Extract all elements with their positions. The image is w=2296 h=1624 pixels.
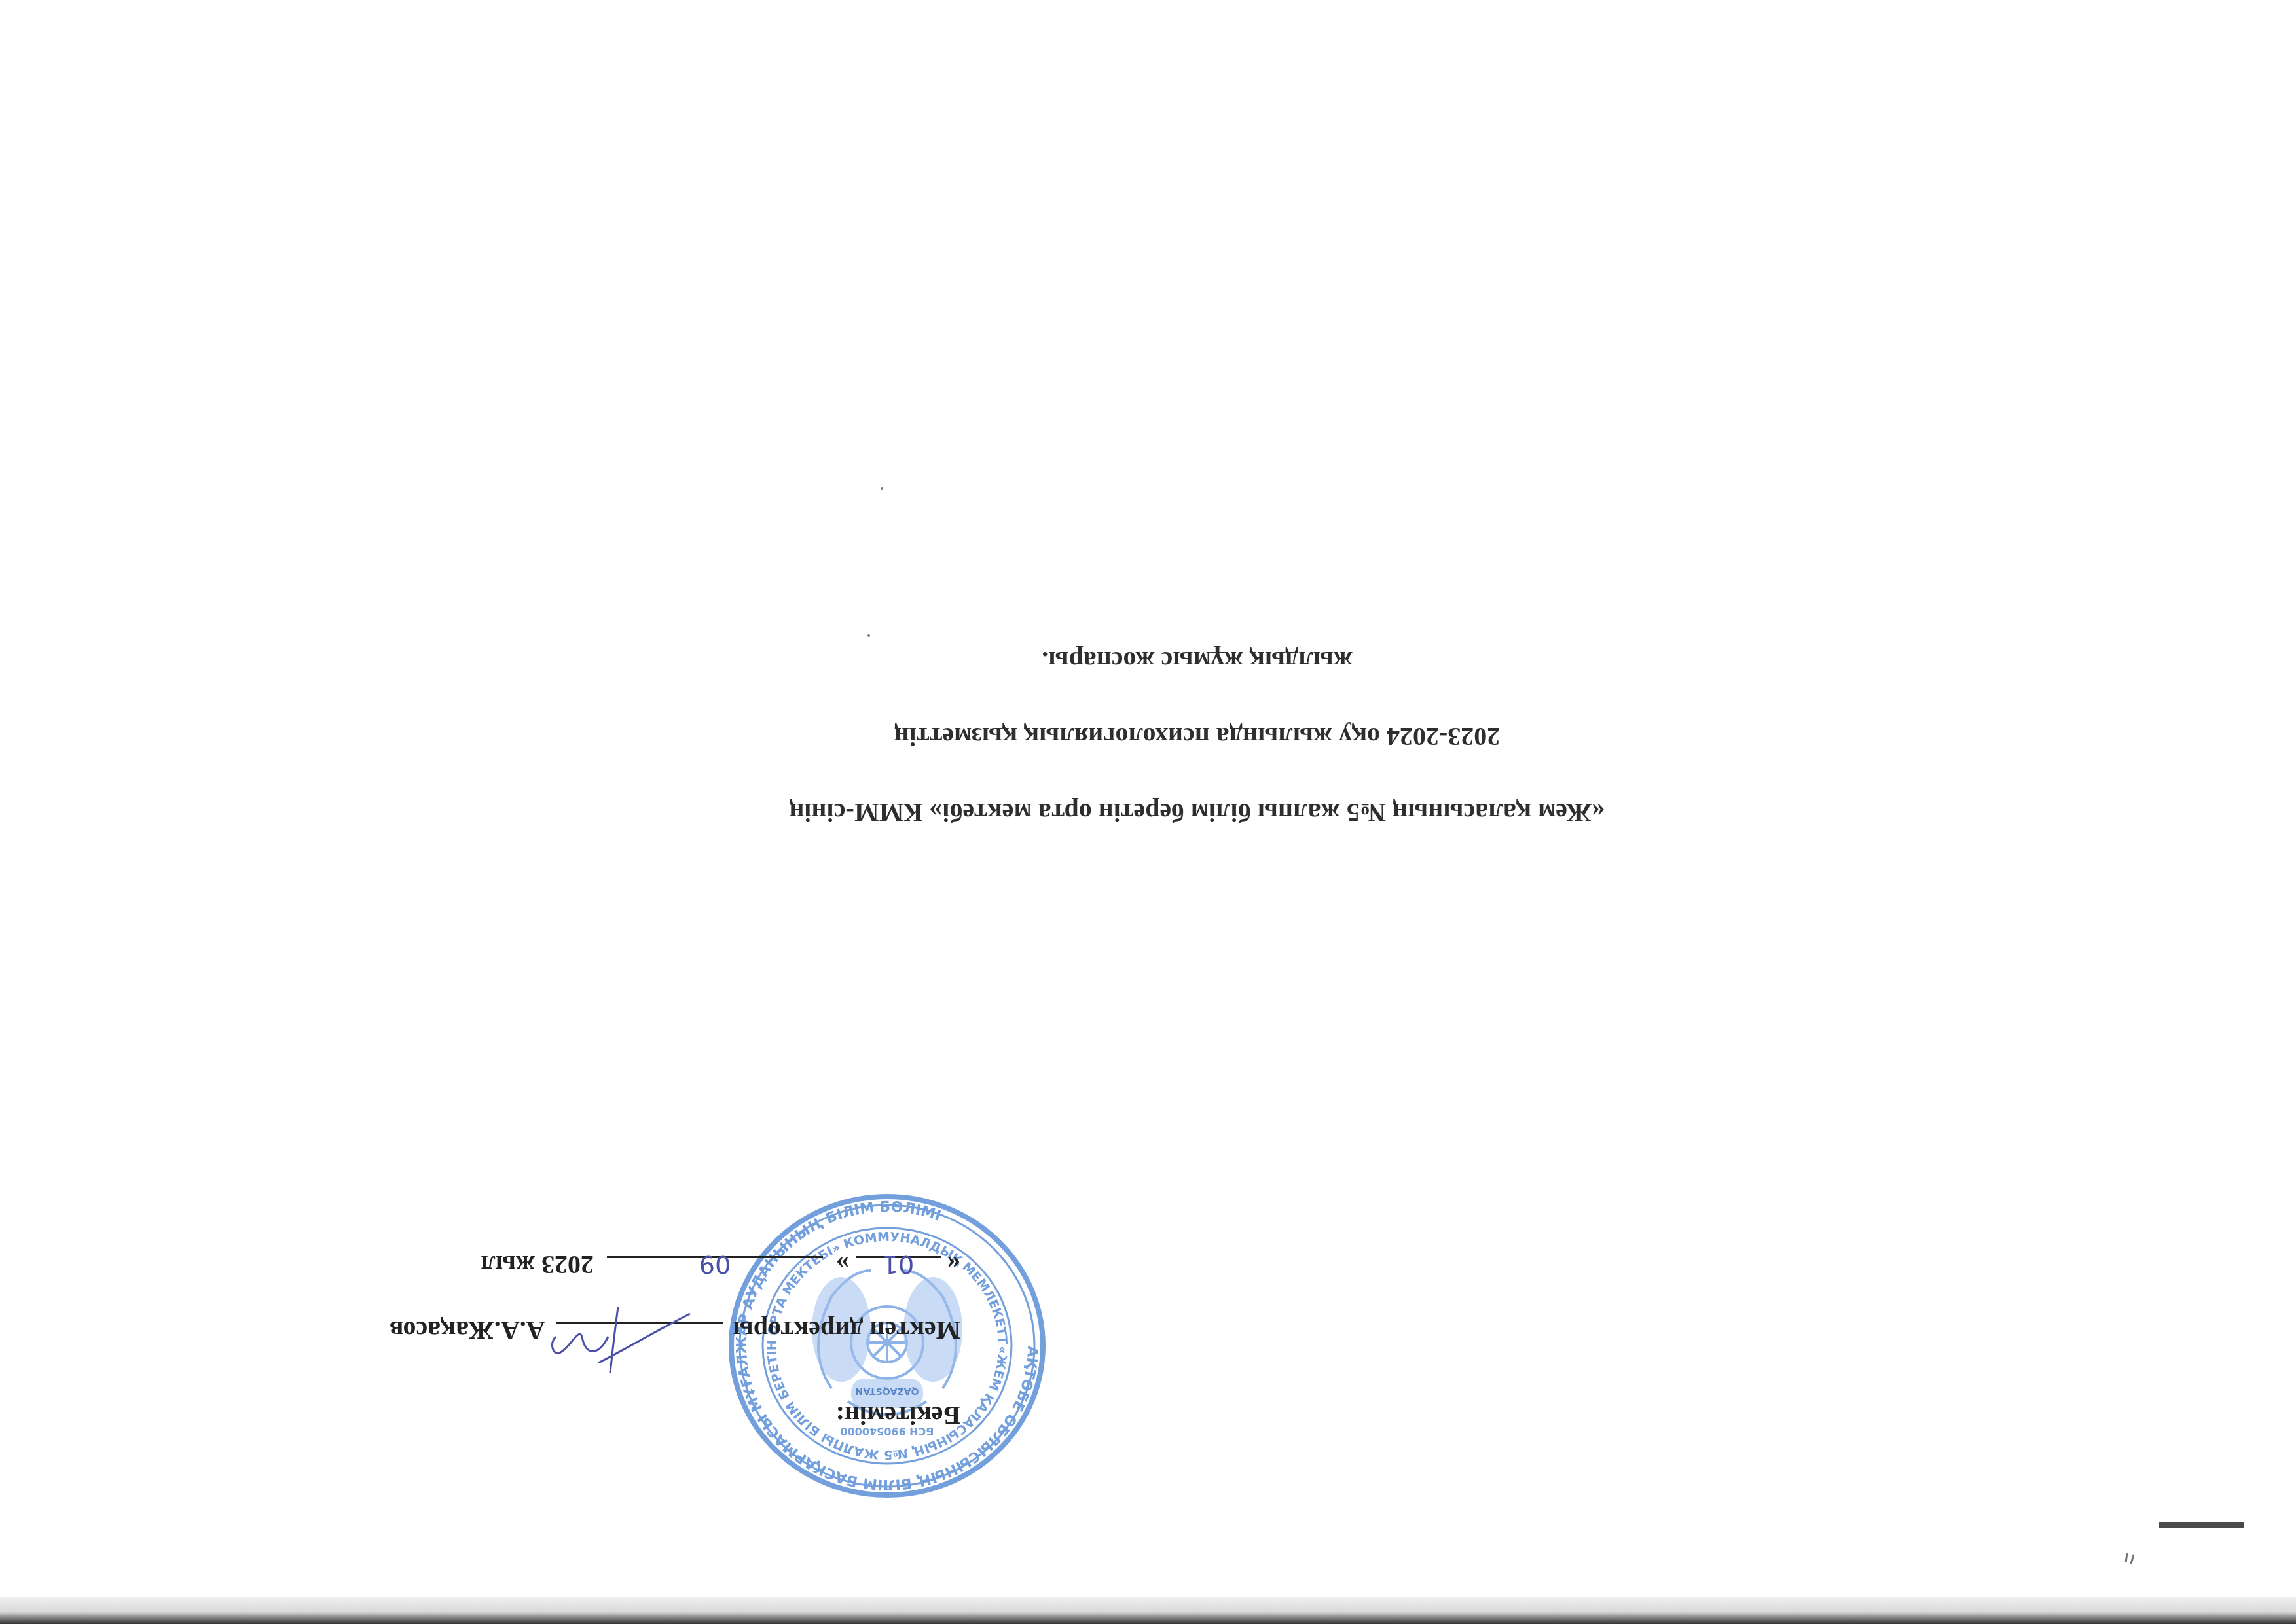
title-line-1: «Жем қаласының №5 жалпы білім беретін ор… — [753, 799, 1641, 825]
svg-text:QAZAQSTAN: QAZAQSTAN — [856, 1386, 919, 1396]
signature-scribble-icon — [539, 1304, 697, 1376]
approval-block: АҚТӨБЕ ОБЛЫСЫНЫҢ БІЛІМ БАСҚАРМАСЫ МҰҒАЛЖ… — [208, 1241, 960, 1516]
date-month-value: 09 — [699, 1250, 731, 1279]
approve-label: Бекітемін: — [836, 1400, 961, 1431]
approval-date-row: « 01 » 09 2023 жыл — [481, 1250, 960, 1280]
director-signature-row: Мектеп директоры А.А.Жақасов — [390, 1315, 960, 1346]
date-year: 2023 жыл — [481, 1250, 594, 1280]
official-stamp-icon: АҚТӨБЕ ОБЛЫСЫНЫҢ БІЛІМ БАСҚАРМАСЫ МҰҒАЛЖ… — [727, 1192, 1048, 1500]
director-name: А.А.Жақасов — [390, 1316, 545, 1345]
document-page: АҚТӨБЕ ОБЛЫСЫНЫҢ БІЛІМ БАСҚАРМАСЫ МҰҒАЛЖ… — [0, 0, 2296, 1624]
date-month-field: 09 — [607, 1256, 823, 1280]
director-position: Мектеп директоры — [733, 1316, 960, 1345]
scanner-edge — [0, 1597, 2296, 1624]
date-day-field: 01 — [856, 1256, 941, 1280]
title-line-3: жылдық жұмыс жоспары. — [753, 647, 1641, 674]
date-close-quote: » — [836, 1250, 849, 1280]
title-line-2: 2023-2024 оқу жылында психологиялық қызм… — [753, 723, 1641, 749]
date-open-quote: « — [947, 1250, 960, 1280]
date-day-value: 01 — [883, 1250, 914, 1279]
document-title: «Жем қаласының №5 жалпы білім беретін ор… — [0, 647, 2296, 825]
signature-line — [556, 1322, 723, 1346]
